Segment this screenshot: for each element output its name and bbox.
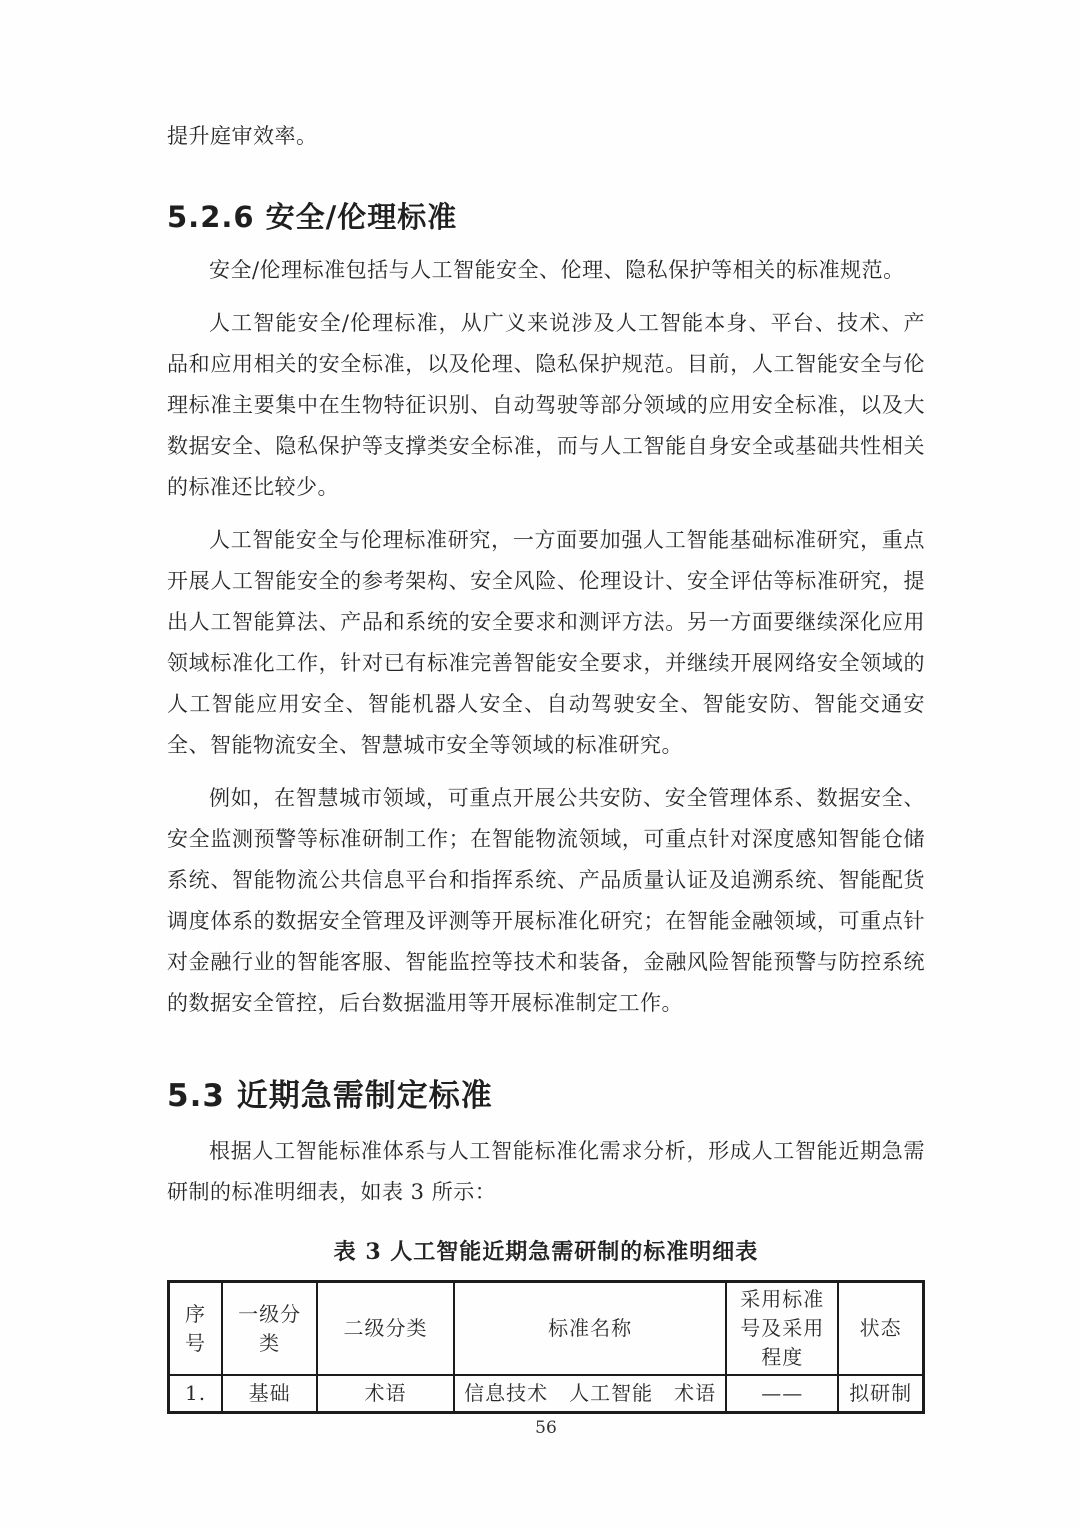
standards-table: 序号 一级分类 二级分类 标准名称 采用标准号及采用程度 状态 1. 基础 术语… — [167, 1280, 925, 1414]
header-cell-status: 状态 — [838, 1282, 923, 1376]
table-row: 1. 基础 术语 信息技术 人工智能 术语 —— 拟研制 — [169, 1375, 924, 1413]
section-heading-5-3: 5.3 近期急需制定标准 — [167, 1070, 925, 1115]
table-caption: 表 3 人工智能近期急需研制的标准明细表 — [167, 1235, 925, 1266]
header-cell-index: 序号 — [169, 1282, 223, 1376]
cell-level1: 基础 — [222, 1375, 317, 1413]
page-content: 提升庭审效率。 5.2.6 安全/伦理标准 安全/伦理标准包括与人工智能安全、伦… — [167, 0, 925, 1438]
section-heading-5-2-6: 5.2.6 安全/伦理标准 — [167, 195, 925, 236]
document-page: 提升庭审效率。 5.2.6 安全/伦理标准 安全/伦理标准包括与人工智能安全、伦… — [0, 0, 1080, 1527]
header-cell-level1: 一级分类 — [222, 1282, 317, 1376]
body-paragraph: 例如，在智慧城市领域，可重点开展公共安防、安全管理体系、数据安全、安全监测预警等… — [167, 778, 925, 1024]
page-number: 56 — [167, 1418, 925, 1438]
header-cell-name: 标准名称 — [454, 1282, 727, 1376]
header-cell-adoption: 采用标准号及采用程度 — [726, 1282, 838, 1376]
cell-status: 拟研制 — [838, 1375, 923, 1413]
body-paragraph: 安全/伦理标准包括与人工智能安全、伦理、隐私保护等相关的标准规范。 — [167, 250, 925, 291]
body-paragraph: 根据人工智能标准体系与人工智能标准化需求分析，形成人工智能近期急需研制的标准明细… — [167, 1131, 925, 1213]
cell-adoption: —— — [726, 1375, 838, 1413]
body-paragraph: 人工智能安全与伦理标准研究，一方面要加强人工智能基础标准研究，重点开展人工智能安… — [167, 520, 925, 766]
cell-level2: 术语 — [317, 1375, 454, 1413]
header-cell-level2: 二级分类 — [317, 1282, 454, 1376]
cell-name: 信息技术 人工智能 术语 — [454, 1375, 727, 1413]
table-header-row: 序号 一级分类 二级分类 标准名称 采用标准号及采用程度 状态 — [169, 1282, 924, 1376]
continuation-paragraph: 提升庭审效率。 — [167, 116, 925, 157]
cell-index: 1. — [169, 1375, 223, 1413]
body-paragraph: 人工智能安全/伦理标准，从广义来说涉及人工智能本身、平台、技术、产品和应用相关的… — [167, 303, 925, 508]
